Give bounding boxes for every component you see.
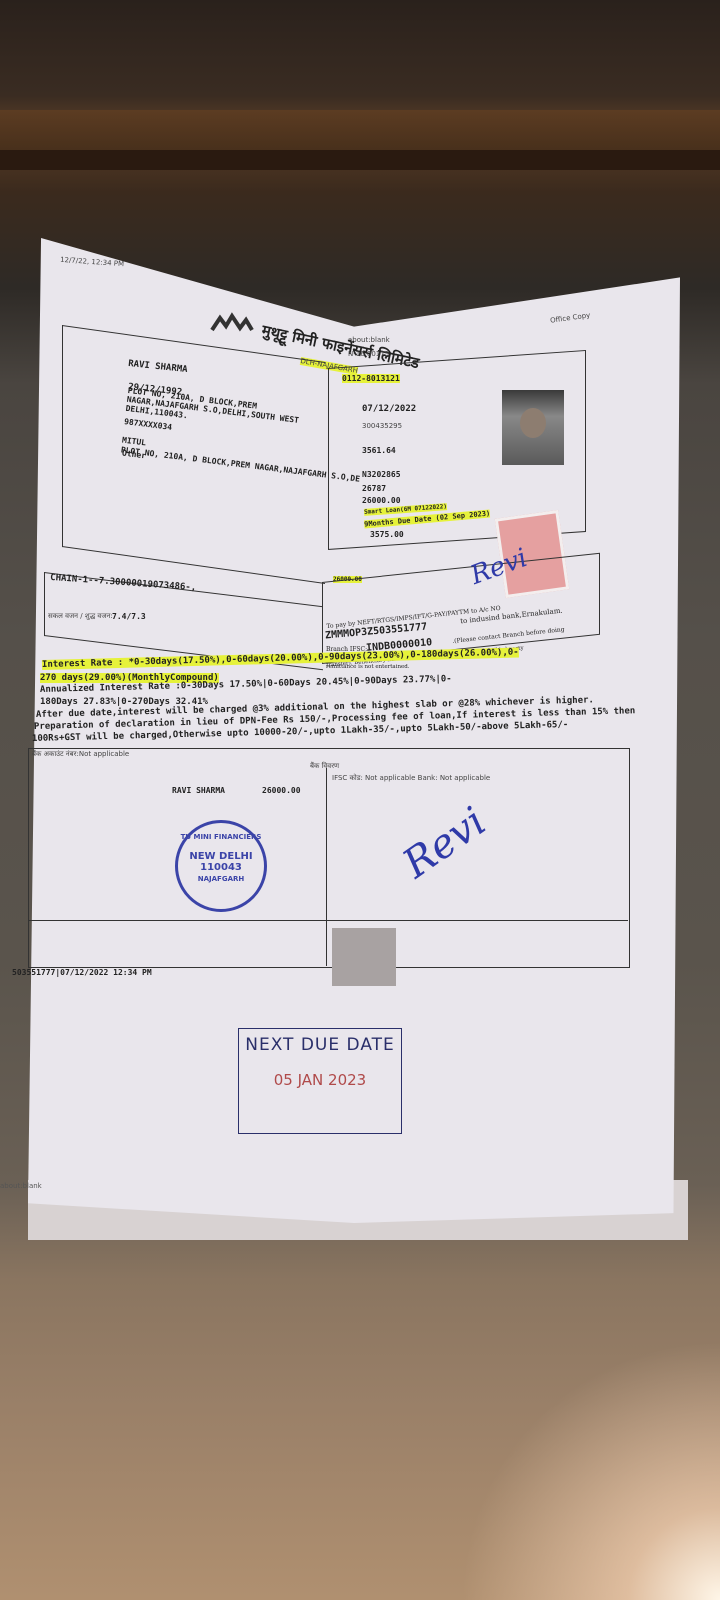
company-seal: TU MINI FINANCIERS NEW DELHI 110043 NAJA…: [175, 820, 267, 912]
loan-amount: 26000.00: [362, 496, 401, 505]
declaration-amount: 26000.00: [262, 786, 301, 795]
table-row-divider: [28, 920, 628, 921]
light-glare: [460, 1340, 720, 1600]
loan-number: 26787: [362, 484, 386, 493]
customer-photo: [502, 390, 564, 465]
footer-page-source: about:blank: [0, 1182, 42, 1190]
next-due-date-stamp: NEXT DUE DATE 05 JAN 2023: [238, 1028, 402, 1134]
loan-value-2: 3575.00: [370, 530, 404, 539]
ornament-weight: 7.4/7.3: [112, 612, 146, 621]
loan-date: 07/12/2022: [362, 404, 416, 414]
loan-value-1: 3561.64: [362, 446, 396, 455]
ornament-photo: [332, 928, 396, 986]
bank-account-label: बैंक अकाउंट नंबर:Not applicable: [32, 750, 129, 759]
declaration-table: [28, 748, 630, 968]
declaration-customer-name: RAVI SHARMA: [172, 786, 225, 795]
rbi-registration: N-16.00175: [348, 350, 389, 358]
receipt-footer-line: 503551777|07/12/2022 12:34 PM: [12, 968, 152, 977]
ifsc-bank-info: IFSC कोड: Not applicable Bank: Not appli…: [332, 774, 490, 783]
due-stamp-date: 05 JAN 2023: [239, 1071, 401, 1089]
table-divider: [326, 768, 327, 966]
payment-note-3: remittance is not entertained.: [326, 664, 410, 670]
ref-number: N3202865: [362, 470, 401, 479]
weight-label: सकल वजन / शुद्ध वजन:: [48, 612, 113, 621]
customer-id: 300435295: [362, 422, 402, 430]
company-logo-icon: [210, 310, 254, 338]
shelf-edge: [0, 150, 720, 170]
due-stamp-title: NEXT DUE DATE: [239, 1035, 401, 1055]
bank-section-title: बैंक विवरण: [310, 762, 339, 771]
